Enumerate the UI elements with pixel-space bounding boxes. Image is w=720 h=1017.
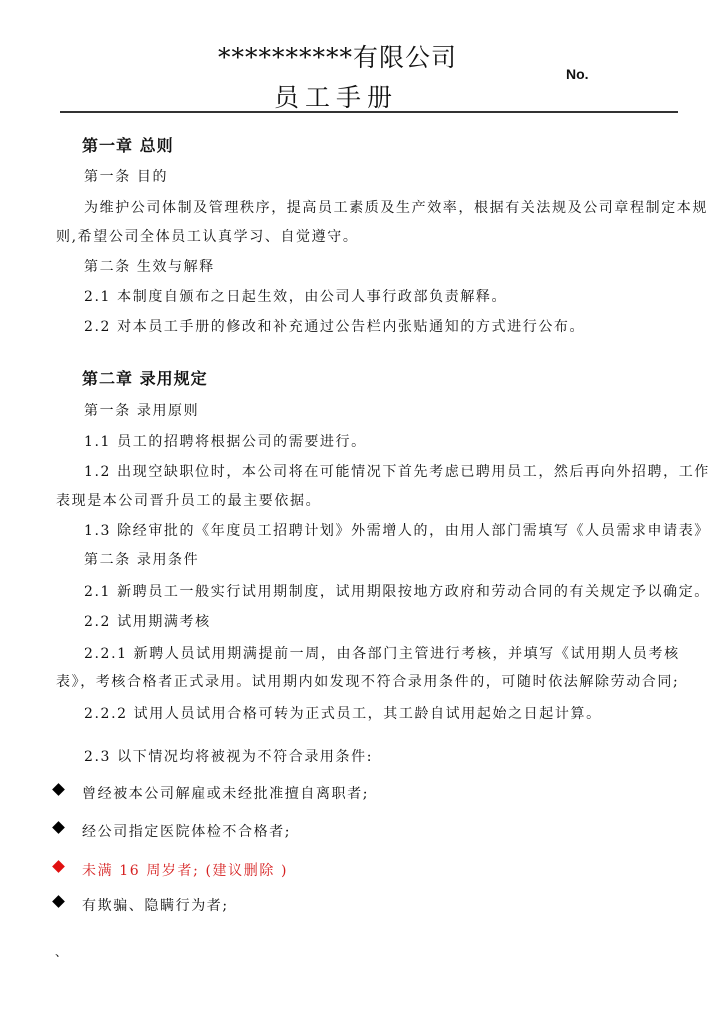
paragraph-purpose-line2: 则,希望公司全体员工认真学习、自觉遵守。 — [56, 226, 358, 246]
bullet-item-1 — [54, 782, 63, 798]
document-number-label: No. — [566, 66, 589, 82]
diamond-bullet-icon — [52, 895, 65, 908]
paragraph-2-2-1-line2: 表》，考核合格者正式录用。试用期内如发现不符合录用条件的，可随时依法解除劳动合同… — [56, 671, 679, 691]
paragraph-1-1: 1.1 员工的招聘将根据公司的需要进行。 — [84, 431, 367, 451]
paragraph-2-3: 2.3 以下情况均将被视为不符合录用条件: — [84, 746, 373, 766]
paragraph-1-2-line1: 1.2 出现空缺职位时，本公司将在可能情况下首先考虑已聘用员工，然后再向外招聘，… — [84, 461, 710, 481]
paragraph-2-1: 2.1 本制度自颁布之日起生效，由公司人事行政部负责解释。 — [84, 286, 507, 306]
chapter-2-heading: 第二章 录用规定 — [82, 366, 208, 389]
bullet-item-2 — [54, 820, 63, 836]
bullet-item-3 — [54, 859, 63, 875]
paragraph-2-2: 2.2 对本员工手册的修改和补充通过公告栏内张贴通知的方式进行公布。 — [84, 316, 585, 336]
bullet-text-2: 经公司指定医院体检不合格者; — [82, 821, 291, 841]
bullet-text-1: 曾经被本公司解雇或未经批准擅自离职者; — [82, 783, 369, 803]
chapter-1-heading: 第一章 总则 — [82, 133, 174, 156]
bullet-text-3-suggested-deletion: 未满 16 周岁者; (建议删除 ) — [82, 860, 288, 880]
paragraph-2-2-probation-review: 2.2 试用期满考核 — [84, 611, 211, 631]
diamond-bullet-icon — [52, 821, 65, 834]
article-2-1-heading: 第一条 录用原则 — [84, 400, 199, 420]
paragraph-2-1-probation: 2.1 新聘员工一般实行试用期制度，试用期限按地方政府和劳动合同的有关规定予以确… — [84, 581, 710, 601]
paragraph-2-2-2: 2.2.2 试用人员试用合格可转为正式员工，其工龄自试用起始之日起计算。 — [84, 703, 602, 723]
diamond-bullet-icon — [52, 860, 65, 873]
header-divider — [60, 111, 678, 113]
article-1-2-heading: 第二条 生效与解释 — [84, 256, 215, 276]
paragraph-1-3: 1.3 除经审批的《年度员工招聘计划》外需增人的，由用人部门需填写《人员需求申请… — [84, 520, 710, 540]
bullet-text-4: 有欺骗、隐瞒行为者; — [82, 895, 229, 915]
stray-mark: 、 — [55, 943, 67, 960]
document-title: 员工手册 — [274, 78, 398, 114]
company-name: **********有限公司 — [218, 38, 457, 74]
article-1-1-heading: 第一条 目的 — [84, 166, 168, 186]
paragraph-2-2-1-line1: 2.2.1 新聘人员试用期满提前一周，由各部门主管进行考核，并填写《试用期人员考… — [84, 643, 680, 663]
bullet-item-4 — [54, 894, 63, 910]
paragraph-purpose-line1: 为维护公司体制及管理秩序，提高员工素质及生产效率，根据有关法规及公司章程制定本规 — [84, 197, 708, 217]
paragraph-1-2-line2: 表现是本公司晋升员工的最主要依据。 — [56, 490, 321, 510]
diamond-bullet-icon — [52, 783, 65, 796]
article-2-2-heading: 第二条 录用条件 — [84, 549, 199, 569]
